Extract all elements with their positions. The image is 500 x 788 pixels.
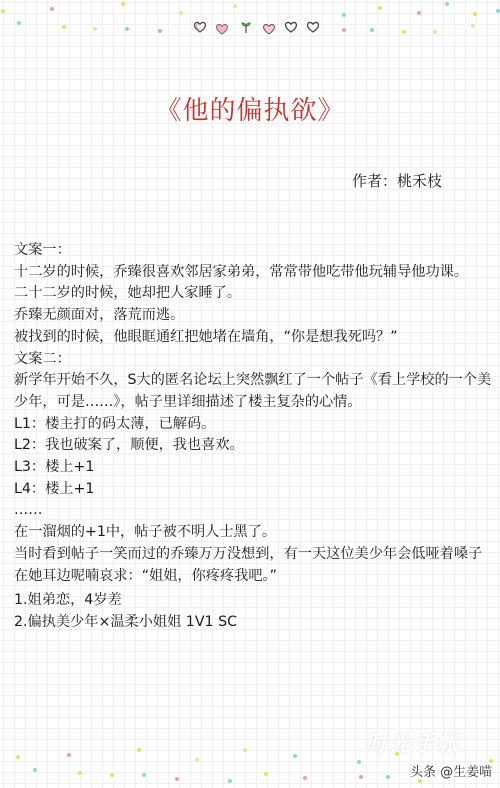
dot-yellow [16,755,20,759]
tag-item: 1.姐弟恋，4岁差 [14,590,494,612]
dot-blue [142,773,146,777]
dot-blue [445,2,449,6]
dot-yellow [1,9,5,13]
dot-blue [496,9,500,13]
synopsis-body: 文案一： 十二岁的时候，乔臻很喜欢邻居家弟弟，常常带他吃带他玩辅导他功课。 二十… [14,240,494,587]
dot-pink [303,776,307,780]
paragraph: L1：楼主打的码太薄，已解码。 [14,414,494,436]
dot-lime [243,748,247,752]
dot-yellow [110,773,114,777]
heart-outline-icon [193,20,207,34]
dot-blue [386,775,390,779]
tag-item: 2.偏执美少年×温柔小姐姐 1V1 SC [14,612,494,634]
paragraph: …… [14,500,494,522]
dot-pink [175,777,179,781]
dot-yellow [473,12,477,16]
paragraph: L3：楼上+1 [14,457,494,479]
dot-pink [67,753,71,757]
dot-blue [357,760,361,764]
watermark-logo: 时光手帐 [365,727,461,758]
dot-yellow [78,771,82,775]
dot-yellow [264,772,268,776]
dot-yellow [378,6,382,10]
dot-pink [50,7,54,11]
dot-blue [293,754,297,758]
paragraph: 十二岁的时候，乔臻很喜欢邻居家弟弟，常常带他吃带他玩辅导他功课。 [14,262,494,284]
section-heading: 文案二： [14,349,494,371]
dot-blue [342,13,346,17]
dot-yellow [121,2,125,6]
author-line: 作者：桃禾枝 [352,170,442,191]
paragraph: L4：楼上+1 [14,479,494,501]
dot-lime [179,11,183,15]
heart-pink-icon [215,22,229,36]
heart-outline-icon [306,20,320,34]
book-title: 《他的偏执欲》 [0,90,500,127]
hearts-decoration [0,20,500,40]
dot-pink [359,775,363,779]
dot-yellow [137,748,141,752]
dot-pink [417,11,421,15]
paragraph: 被找到的时候，他眼眶通红把她堵在墙角，“你是想我死吗？” [14,327,494,349]
paragraph: 乔臻无颜面对，落荒而逃。 [14,305,494,327]
sprout-icon [239,20,253,34]
dot-blue [33,768,37,772]
tag-list: 1.姐弟恋，4岁差 2.偏执美少年×温柔小姐姐 1V1 SC [14,590,494,633]
paragraph: 当时看到帖子一笑而过的乔臻万万没想到，有一天这位美少年会低哑着嗓子在她耳边呢喃哀… [14,544,494,587]
paragraph: 新学年开始不久，S大的匿名论坛上突然飘红了一个帖子《看上学校的一个美少年，可是…… [14,370,494,413]
dot-lime [195,758,199,762]
paragraph: 二十二岁的时候，她却把人家睡了。 [14,283,494,305]
dot-lime [233,4,237,8]
paragraph: 在一溜烟的+1中，帖子被不明人士黑了。 [14,522,494,544]
paragraph: L2：我也破案了，顺便，我也喜欢。 [14,435,494,457]
watermark-source: 头条 @生姜喵 [410,761,492,780]
dot-blue [228,779,232,783]
heart-outline-icon [284,20,298,34]
heart-pink-small-icon [262,22,276,36]
section-heading: 文案一： [14,240,494,262]
